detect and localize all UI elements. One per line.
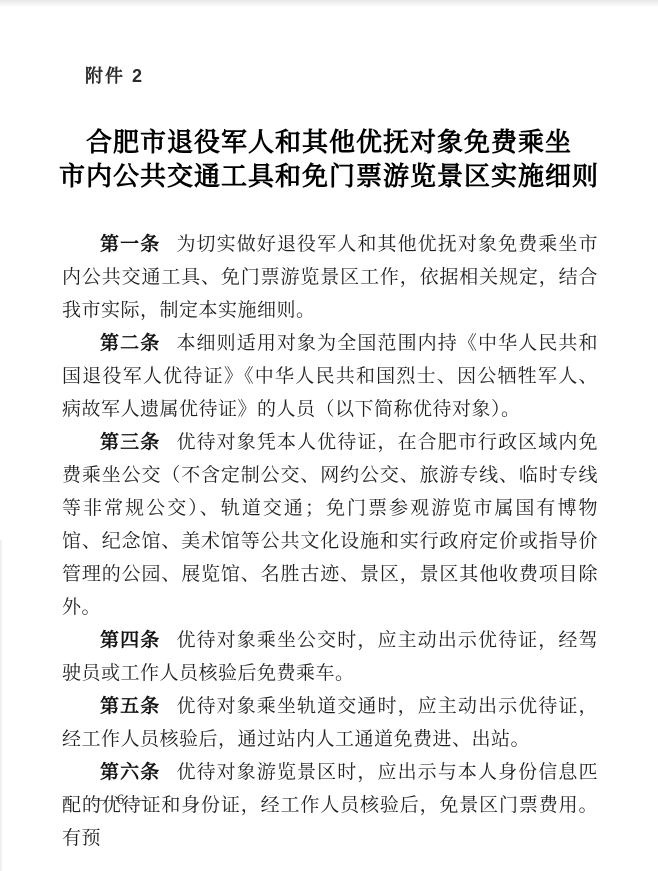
article-paragraph-1: 第一条为切实做好退役军人和其他优抚对象免费乘坐市内公共交通工具、免门票游览景区工…	[62, 228, 598, 327]
document-page: 附件 2 合肥市退役军人和其他优抚对象免费乘坐 市内公共交通工具和免门票游览景区…	[0, 0, 658, 871]
article-number: 第三条	[100, 432, 160, 453]
article-number: 第二条	[100, 333, 160, 354]
article-paragraph-4: 第四条优待对象乘坐公交时，应主动出示优待证，经驾驶员或工作人员核验后免费乘车。	[62, 624, 598, 690]
article-number: 第五条	[100, 696, 160, 717]
article-paragraph-2: 第二条本细则适用对象为全国范围内持《中华人民共和国退役军人优待证》《中华人民共和…	[62, 327, 598, 426]
scan-edge-shadow-left	[0, 540, 3, 871]
page-number: — 6 —	[92, 792, 152, 809]
document-title: 合肥市退役军人和其他优抚对象免费乘坐 市内公共交通工具和免门票游览景区实施细则	[40, 126, 618, 194]
article-paragraph-3: 第三条优待对象凭本人优待证，在合肥市行政区域内免费乘坐公交（不含定制公交、网约公…	[62, 426, 598, 624]
article-number: 第一条	[100, 234, 160, 255]
article-body: 第一条为切实做好退役军人和其他优抚对象免费乘坐市内公共交通工具、免门票游览景区工…	[62, 228, 598, 855]
article-paragraph-5: 第五条优待对象乘坐轨道交通时，应主动出示优待证，经工作人员核验后，通过站内人工通…	[62, 690, 598, 756]
title-line-2: 市内公共交通工具和免门票游览景区实施细则	[40, 160, 618, 194]
attachment-label: 附件 2	[85, 62, 144, 88]
article-text: 优待对象凭本人优待证，在合肥市行政区域内免费乘坐公交（不含定制公交、网约公交、旅…	[62, 432, 598, 618]
article-number: 第六条	[100, 762, 160, 783]
title-line-1: 合肥市退役军人和其他优抚对象免费乘坐	[40, 126, 618, 160]
article-number: 第四条	[100, 630, 160, 651]
scan-edge-shadow-top	[0, 0, 658, 7]
